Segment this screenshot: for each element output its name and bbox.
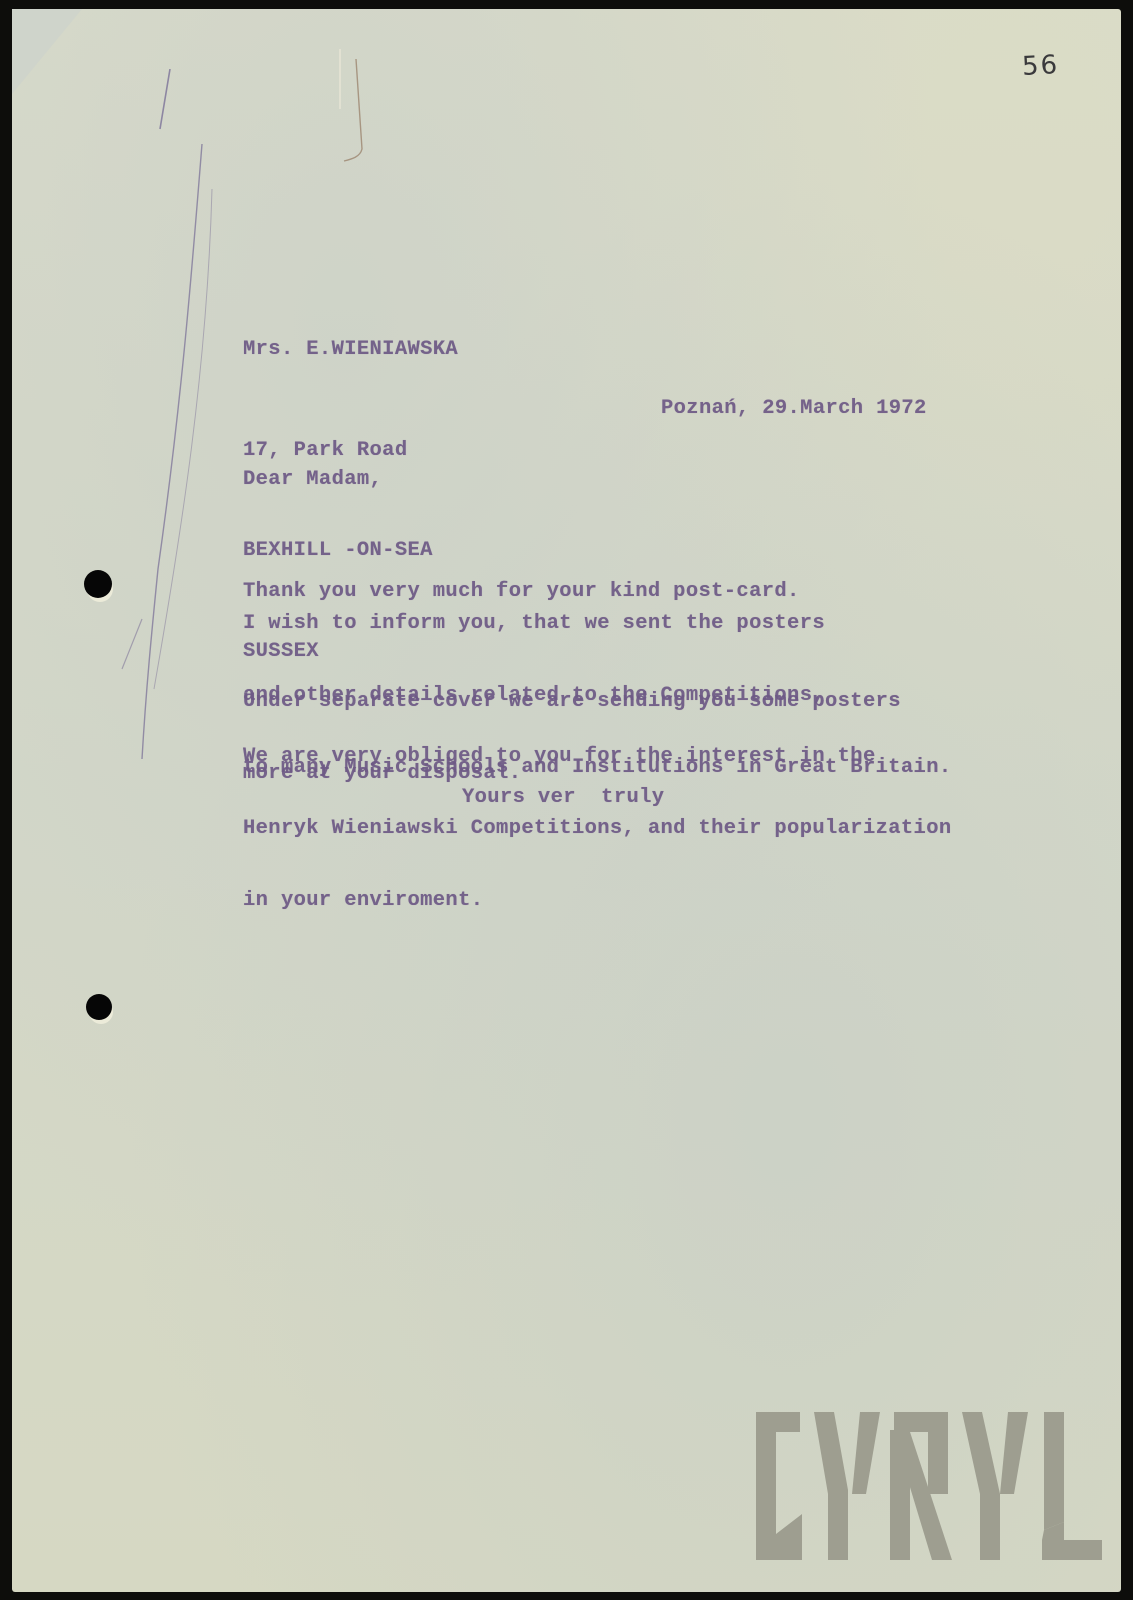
folded-corner <box>12 9 82 94</box>
rust-mark-icon <box>332 49 382 179</box>
closing: Yours ver truly <box>462 786 664 809</box>
page-number: 56 <box>1021 50 1060 82</box>
punch-hole-top <box>84 570 112 598</box>
paragraph-line: in your enviroment. <box>243 889 952 913</box>
paragraph-obliged: We are very obliged to you for the inter… <box>243 697 952 937</box>
place-and-date: Poznań, 29.March 1972 <box>661 397 927 420</box>
paragraph-line: Henryk Wieniawski Competitions, and thei… <box>243 817 952 841</box>
recipient-name: Mrs. E.WIENIAWSKA <box>243 333 458 367</box>
pencil-marks-icon <box>102 69 242 769</box>
paragraph-line: I wish to inform you, that we sent the p… <box>243 612 952 636</box>
punch-hole-bottom <box>86 994 112 1020</box>
cyryl-watermark-logo: CYRYL <box>756 1412 1102 1560</box>
recipient-street: 17, Park Road <box>243 434 458 468</box>
paragraph-line: We are very obliged to you for the inter… <box>243 745 952 769</box>
salutation: Dear Madam, <box>243 468 382 491</box>
